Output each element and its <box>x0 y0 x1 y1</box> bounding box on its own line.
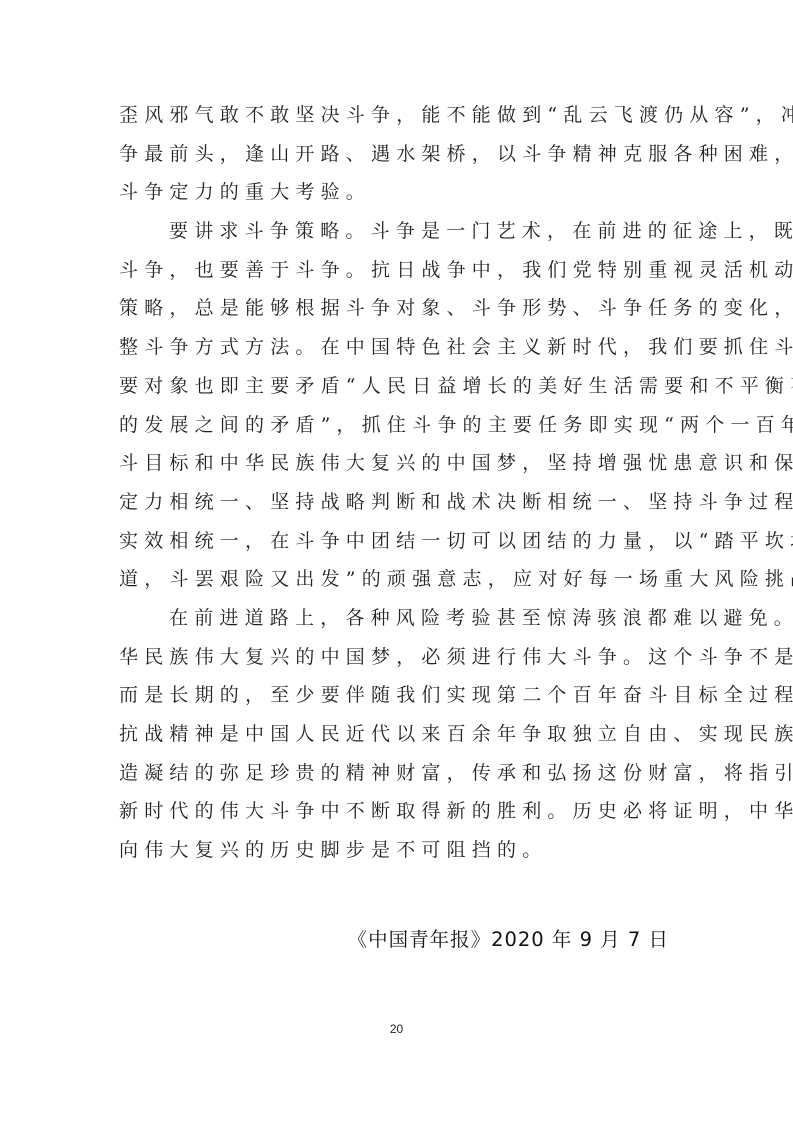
text-line: 整斗争方式方法。在中国特色社会主义新时代，我们要抓住斗争的主 <box>119 328 675 367</box>
article-body: 歪风邪气敢不敢坚决斗争，能不能做到“乱云飞渡仍从容”，冲在斗 争最前头，逢山开路… <box>119 96 675 870</box>
text-line: 定力相统一、坚持战略判断和战术决断相统一、坚持斗争过程和斗争 <box>119 483 675 522</box>
text-line: 道，斗罢艰险又出发”的顽强意志，应对好每一场重大风险挑战。 <box>119 560 675 599</box>
text-line: 斗目标和中华民族伟大复兴的中国梦，坚持增强忧患意识和保持战略 <box>119 444 675 483</box>
text-line: 抗战精神是中国人民近代以来百余年争取独立自由、实现民族解放创 <box>119 715 675 754</box>
text-line: 在前进道路上，各种风险考验甚至惊涛骇浪都难以避免。实现中 <box>119 599 675 638</box>
text-line: 而是长期的，至少要伴随我们实现第二个百年奋斗目标全过程。伟大 <box>119 676 675 715</box>
text-line: 造凝结的弥足珍贵的精神财富，传承和弘扬这份财富，将指引我们在 <box>119 754 675 793</box>
paragraph-3: 在前进道路上，各种风险考验甚至惊涛骇浪都难以避免。实现中 华民族伟大复兴的中国梦… <box>119 599 675 870</box>
text-line: 斗争，也要善于斗争。抗日战争中，我们党特别重视灵活机动的斗争 <box>119 251 675 290</box>
text-line: 华民族伟大复兴的中国梦，必须进行伟大斗争。这个斗争不是短期的 <box>119 638 675 677</box>
text-line: 要对象也即主要矛盾“人民日益增长的美好生活需要和不平衡不充分 <box>119 367 675 406</box>
text-line: 歪风邪气敢不敢坚决斗争，能不能做到“乱云飞渡仍从容”，冲在斗 <box>119 96 675 135</box>
paragraph-2: 要讲求斗争策略。斗争是一门艺术，在前进的征途上，既要勇于 斗争，也要善于斗争。抗… <box>119 212 675 599</box>
text-line: 斗争定力的重大考验。 <box>119 173 675 212</box>
text-line: 向伟大复兴的历史脚步是不可阻挡的。 <box>119 831 675 870</box>
text-line: 实效相统一，在斗争中团结一切可以团结的力量，以“踏平坎坷成大 <box>119 522 675 561</box>
text-line: 要讲求斗争策略。斗争是一门艺术，在前进的征途上，既要勇于 <box>119 212 675 251</box>
document-page: 歪风邪气敢不敢坚决斗争，能不能做到“乱云飞渡仍从容”，冲在斗 争最前头，逢山开路… <box>0 0 793 1122</box>
source-citation: 《中国青年报》2020 年 9 月 7 日 <box>348 923 669 957</box>
text-line: 的发展之间的矛盾”，抓住斗争的主要任务即实现“两个一百年”奋 <box>119 406 675 445</box>
page-number: 20 <box>0 1022 793 1036</box>
text-line: 策略，总是能够根据斗争对象、斗争形势、斗争任务的变化，随时调 <box>119 289 675 328</box>
paragraph-1: 歪风邪气敢不敢坚决斗争，能不能做到“乱云飞渡仍从容”，冲在斗 争最前头，逢山开路… <box>119 96 675 212</box>
text-line: 新时代的伟大斗争中不断取得新的胜利。历史必将证明，中华民族走 <box>119 792 675 831</box>
text-line: 争最前头，逢山开路、遇水架桥，以斗争精神克服各种困难，就是对 <box>119 135 675 174</box>
